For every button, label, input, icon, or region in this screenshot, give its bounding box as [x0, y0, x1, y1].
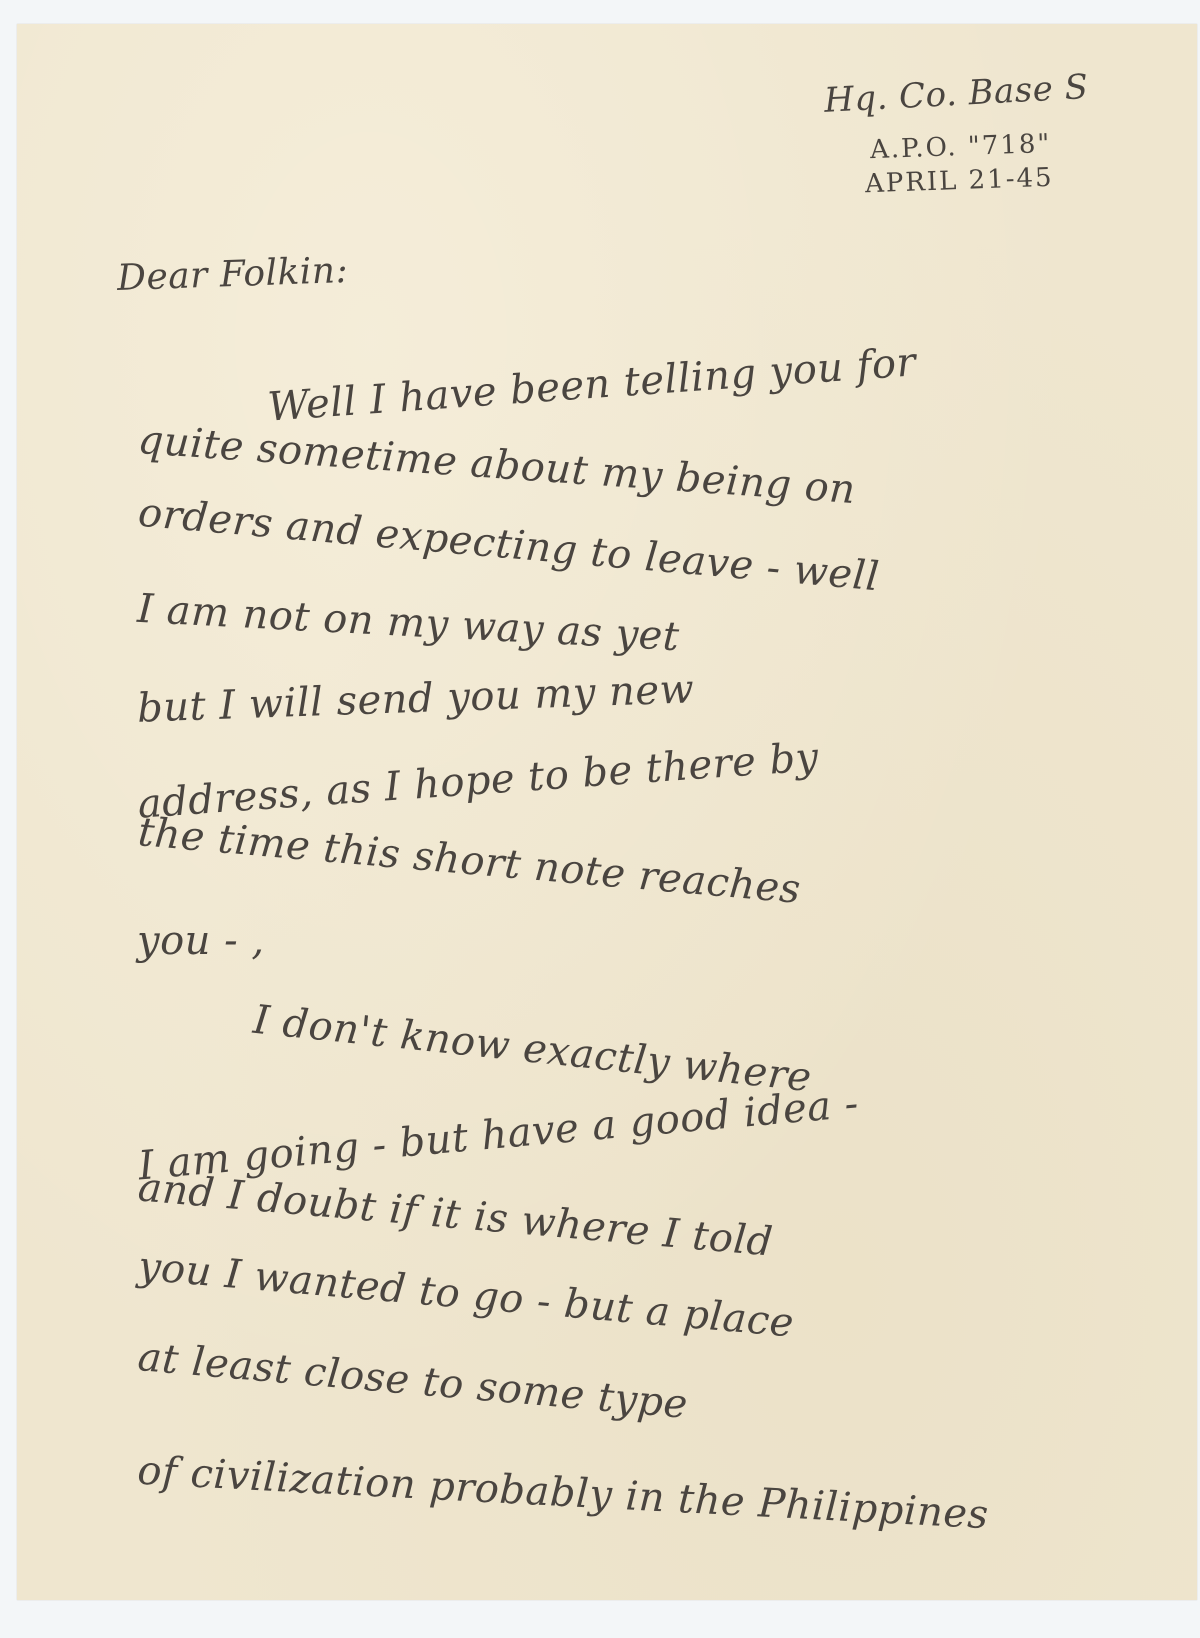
letter-line: at least close to some type: [136, 1334, 690, 1428]
salutation: Dear Folkin:: [116, 250, 348, 299]
letter-line: Well I have been telling you for: [266, 339, 917, 430]
header-unit: Hq. Co. Base S: [823, 67, 1089, 121]
letter-line: but I will send you my new: [136, 666, 695, 731]
letter-line: you - ,: [137, 918, 265, 964]
letter-line: I don't know exactly where: [251, 997, 814, 1101]
letter-page: Hq. Co. Base S A.P.O. "718" APRIL 21-45 …: [17, 24, 1197, 1600]
letter-line: of civilization probably in the Philippi…: [136, 1448, 989, 1539]
header-apo: A.P.O. "718": [870, 129, 1052, 165]
letter-line: I am not on my way as yet: [136, 586, 680, 660]
header-date: APRIL 21-45: [865, 163, 1055, 200]
letter-line: the time this short note reaches: [136, 809, 802, 913]
letter-line: address, as I hope to be there by: [136, 734, 820, 827]
